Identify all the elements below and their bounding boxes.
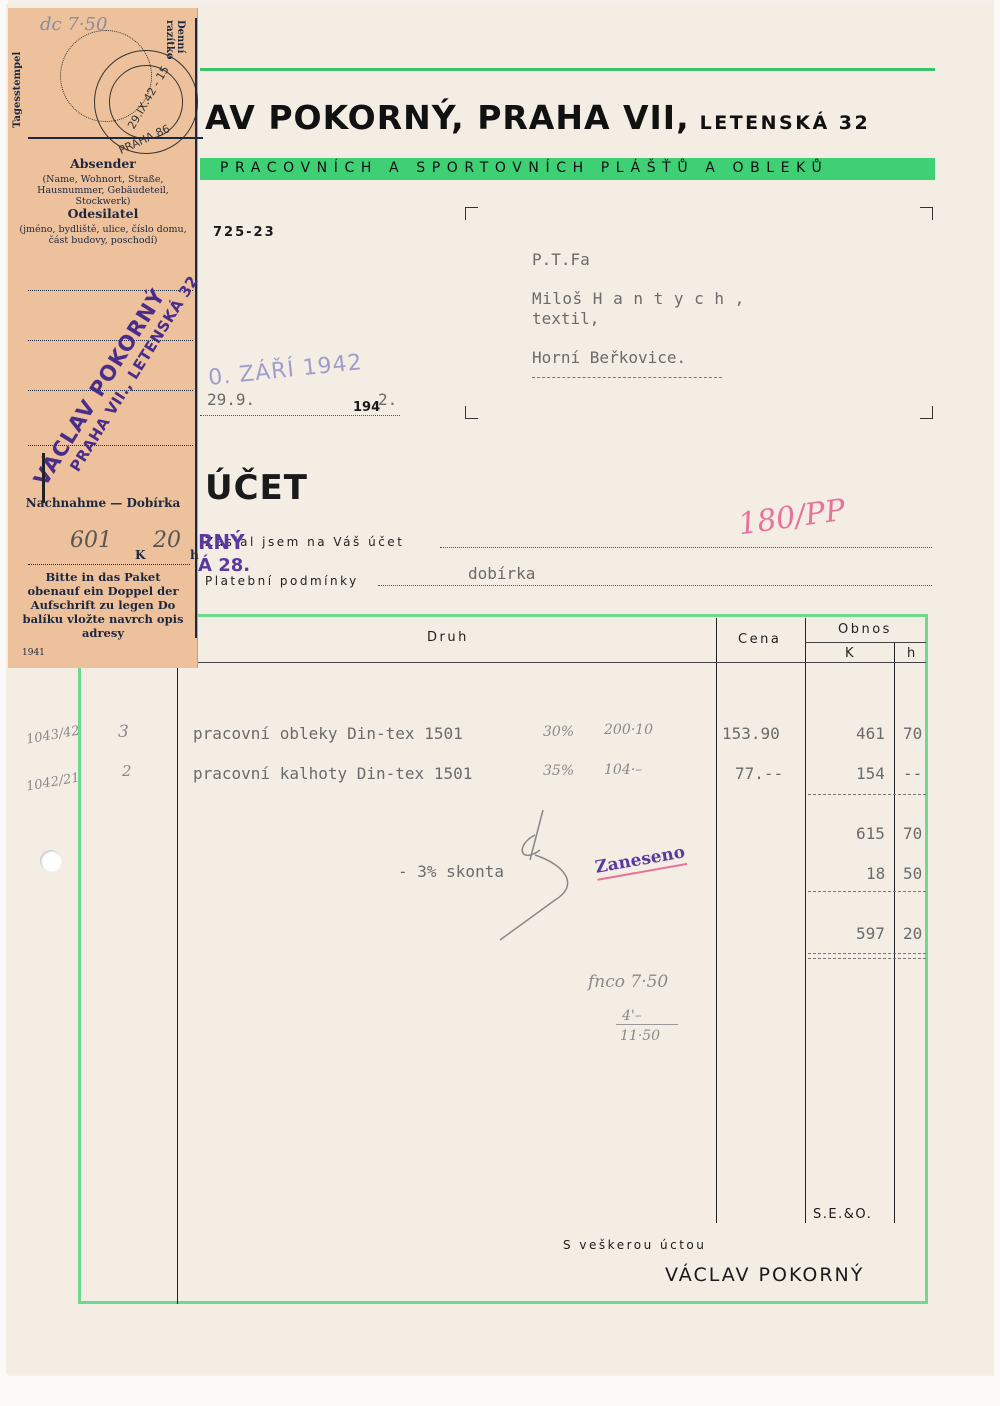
discount-label: - 3% skonta xyxy=(398,862,504,881)
row-1-note-value: 200·10 xyxy=(604,722,653,738)
invoice-date-day: 29.9. xyxy=(207,390,255,409)
cod-amount-line xyxy=(28,564,190,565)
day-stamp-label-cz: Denní razítko xyxy=(164,20,186,59)
payment-terms-label: Platební podmínky xyxy=(205,574,359,588)
handwritten-signature-icon xyxy=(495,805,585,945)
pencil-sum-rule xyxy=(616,1024,678,1025)
day-stamp-label-de: Tagesstempel xyxy=(12,52,23,128)
cod-crowns-label: K xyxy=(135,548,145,562)
sender-label-de-sub: (Name, Wohnort, Straße, Hausnummer, Gebä… xyxy=(13,174,193,207)
row-2-qty: 2 xyxy=(122,762,132,780)
total-h: 20 xyxy=(903,924,922,943)
company-name: AV POKORNÝ, PRAHA VII,LETENSKÁ 32 xyxy=(205,98,870,137)
cod-label: Nachnahme — Dobírka xyxy=(8,496,198,510)
pencil-note-freight: fnco 7·50 xyxy=(588,972,668,992)
amount-header-rule xyxy=(805,642,926,643)
total-rule xyxy=(808,891,926,892)
tagline-band: PRACOVNÍCH A SPORTOVNÍCH PLÁŠŤŮ A OBLEKŮ xyxy=(200,158,935,180)
recipient-business: textil, xyxy=(532,309,599,328)
sender-label-cz-sub: (jméno, bydliště, ulice, číslo domu, čás… xyxy=(13,224,193,246)
items-table xyxy=(78,614,928,1304)
letterhead-top-rule xyxy=(200,68,935,71)
subtotal-k: 615 xyxy=(856,824,885,843)
table-column-divider xyxy=(894,643,895,1223)
row-2-price: 77.-- xyxy=(735,764,783,783)
discount-h: 50 xyxy=(903,864,922,883)
column-header-price: Cena xyxy=(738,632,781,647)
stub-instructions: Bitte in das Paket obenauf ein Doppel de… xyxy=(18,570,188,640)
sent-to-account-line xyxy=(440,547,932,548)
row-2-amount-h: -- xyxy=(903,764,922,783)
row-1-price: 153.90 xyxy=(722,724,780,743)
stub-print-year: 1941 xyxy=(22,648,45,658)
phone-number: 725-23 xyxy=(213,225,276,240)
recipient-line-1: P.T.Fa xyxy=(532,250,590,269)
column-header-item: Druh xyxy=(427,630,469,645)
stub-divider xyxy=(28,137,203,139)
scan-edge-bottom xyxy=(0,1376,1000,1406)
table-column-divider xyxy=(805,618,806,1223)
sender-stamp-fragment-2: Á 28. xyxy=(198,555,250,576)
column-header-amount: Obnos xyxy=(838,622,892,637)
invoice-date-year-suffix: 2. xyxy=(378,390,397,409)
row-1-note-percent: 30% xyxy=(543,724,574,740)
date-dotted-line xyxy=(200,415,400,416)
total-double-rule xyxy=(808,953,926,959)
sender-line xyxy=(28,340,193,341)
payment-terms-value: dobírka xyxy=(468,564,535,583)
recipient-name: Miloš H a n t y c h , xyxy=(532,289,745,308)
payment-terms-line xyxy=(378,585,932,586)
recipient-town: Horní Beřkovice. xyxy=(532,348,686,367)
row-2-note-value: 104·– xyxy=(604,762,642,778)
cod-amount-hellers: 20 xyxy=(153,528,181,553)
subtotal-rule xyxy=(808,794,926,795)
column-header-hellers: h xyxy=(907,646,918,661)
postal-cod-stub: dc 7·50 Tagesstempel Denní razítko 29.IX… xyxy=(8,8,198,668)
address-corner-top-right xyxy=(920,207,933,220)
recipient-underline xyxy=(532,377,722,378)
row-1-amount-k: 461 xyxy=(856,724,885,743)
sender-stamp-name: VÁCLAV POKORNÝ xyxy=(30,260,185,490)
pencil-note-sum: 11·50 xyxy=(620,1028,660,1044)
sender-label-de: Absender xyxy=(8,156,198,171)
address-corner-bottom-right xyxy=(920,406,933,419)
address-corner-top-left xyxy=(465,207,478,220)
invoice-title: ÚČET xyxy=(205,468,308,508)
total-k: 597 xyxy=(856,924,885,943)
column-header-crowns: K xyxy=(845,646,856,661)
tagline-text: PRACOVNÍCH A SPORTOVNÍCH PLÁŠŤŮ A OBLEKŮ xyxy=(220,160,828,176)
row-2-description: pracovní kalhoty Din-tex 1501 xyxy=(193,764,472,783)
sender-stamp-fragment: RNÝ xyxy=(198,530,245,554)
closing-regards: S veškerou úctou xyxy=(563,1238,706,1252)
subtotal-h: 70 xyxy=(903,824,922,843)
errors-omissions-mark: S.E.&O. xyxy=(813,1207,872,1222)
table-column-divider xyxy=(716,618,717,1223)
cod-amount-crowns: 601 xyxy=(70,528,112,553)
closing-signature: VÁCLAV POKORNÝ xyxy=(665,1264,864,1286)
scan-edge-right xyxy=(994,0,1000,1406)
sender-rubber-stamp: VÁCLAV POKORNÝ PRAHA VII., LETENSKÁ 32 xyxy=(30,260,204,502)
row-1-qty: 3 xyxy=(118,722,129,742)
pencil-note-addend: 4'– xyxy=(622,1008,642,1024)
table-column-divider xyxy=(177,664,178,1304)
cod-hellers-label: h xyxy=(190,548,199,562)
row-2-amount-k: 154 xyxy=(856,764,885,783)
discount-k: 18 xyxy=(866,864,885,883)
invoice-date-year-prefix: 194 xyxy=(353,400,380,415)
punch-hole xyxy=(40,850,62,872)
row-2-note-percent: 35% xyxy=(543,763,574,779)
address-corner-bottom-left xyxy=(465,406,478,419)
row-1-description: pracovní obleky Din-tex 1501 xyxy=(193,724,463,743)
stub-border-line xyxy=(195,18,197,638)
table-header-rule xyxy=(80,662,926,663)
row-1-amount-h: 70 xyxy=(903,724,922,743)
company-street: LETENSKÁ 32 xyxy=(700,112,871,134)
sender-label-cz: Odesilatel xyxy=(8,206,198,221)
company-name-text: AV POKORNÝ, PRAHA VII, xyxy=(205,98,690,137)
